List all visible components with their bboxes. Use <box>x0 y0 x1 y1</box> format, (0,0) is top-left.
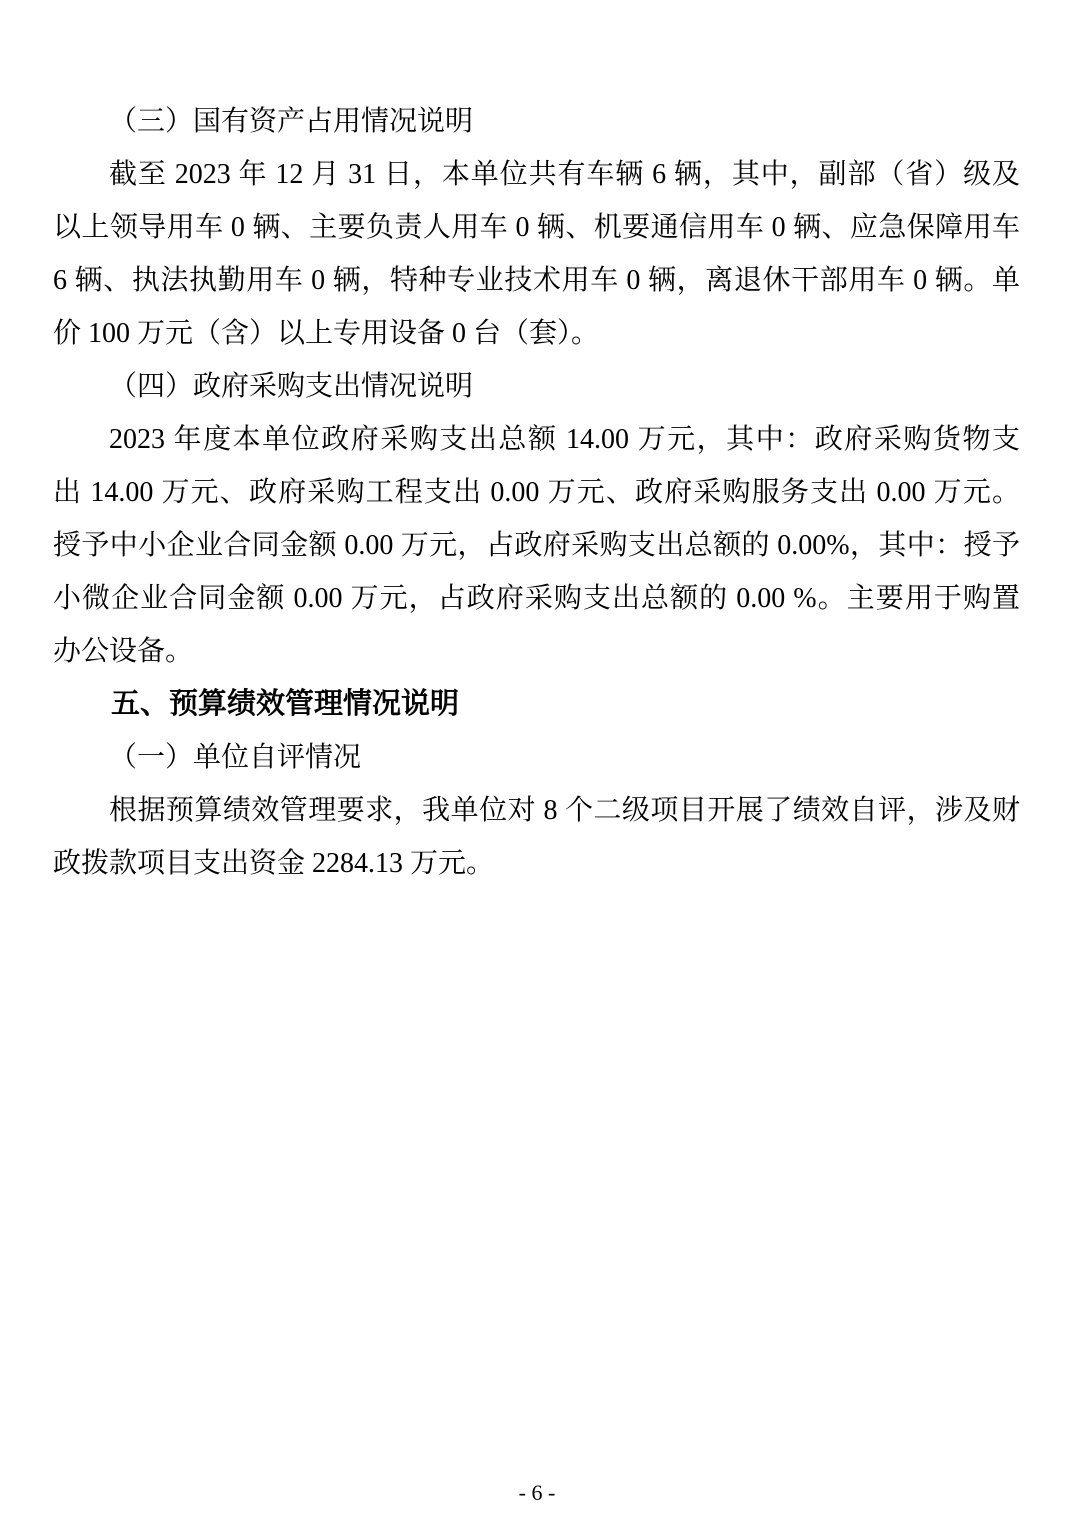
text-line: 价 100 万元（含）以上专用设备 0 台（套）。 <box>53 307 1020 360</box>
text-line: 五、预算绩效管理情况说明 <box>53 678 1020 731</box>
text-line: （四）政府采购支出情况说明 <box>53 360 1020 413</box>
text-line: 政拨款项目支出资金 2284.13 万元。 <box>53 837 1020 890</box>
text-line: 办公设备。 <box>53 625 1020 678</box>
text-line: 根据预算绩效管理要求，我单位对 8 个二级项目开展了绩效自评，涉及财 <box>53 784 1020 837</box>
text-line: 以上领导用车 0 辆、主要负责人用车 0 辆、机要通信用车 0 辆、应急保障用车 <box>53 201 1020 254</box>
text-line: 6 辆、执法执勤用车 0 辆，特种专业技术用车 0 辆，离退休干部用车 0 辆。… <box>53 254 1020 307</box>
paragraph: 根据预算绩效管理要求，我单位对 8 个二级项目开展了绩效自评，涉及财政拨款项目支… <box>53 784 1020 890</box>
paragraph: 2023 年度本单位政府采购支出总额 14.00 万元，其中：政府采购货物支出 … <box>53 413 1020 678</box>
text-line: （一）单位自评情况 <box>53 731 1020 784</box>
text-line: 截至 2023 年 12 月 31 日，本单位共有车辆 6 辆，其中，副部（省）… <box>53 148 1020 201</box>
page-number: - 6 - <box>0 1480 1074 1506</box>
heading: 五、预算绩效管理情况说明 <box>53 678 1020 731</box>
document-page: （三）国有资产占用情况说明截至 2023 年 12 月 31 日，本单位共有车辆… <box>0 0 1074 1520</box>
subheading: （一）单位自评情况 <box>53 731 1020 784</box>
paragraph: 截至 2023 年 12 月 31 日，本单位共有车辆 6 辆，其中，副部（省）… <box>53 148 1020 360</box>
subheading: （四）政府采购支出情况说明 <box>53 360 1020 413</box>
subheading: （三）国有资产占用情况说明 <box>53 95 1020 148</box>
text-line: 2023 年度本单位政府采购支出总额 14.00 万元，其中：政府采购货物支 <box>53 413 1020 466</box>
text-line: 授予中小企业合同金额 0.00 万元，占政府采购支出总额的 0.00%，其中：授… <box>53 519 1020 572</box>
text-line: 小微企业合同金额 0.00 万元，占政府采购支出总额的 0.00 %。主要用于购… <box>53 572 1020 625</box>
document-body: （三）国有资产占用情况说明截至 2023 年 12 月 31 日，本单位共有车辆… <box>53 95 1020 890</box>
text-line: 出 14.00 万元、政府采购工程支出 0.00 万元、政府采购服务支出 0.0… <box>53 466 1020 519</box>
text-line: （三）国有资产占用情况说明 <box>53 95 1020 148</box>
